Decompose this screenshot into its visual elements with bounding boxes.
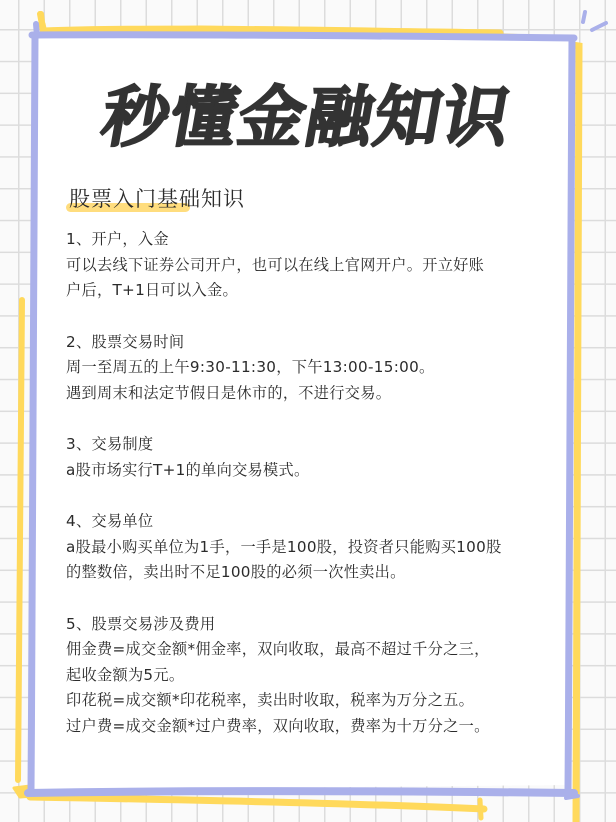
purple-frame-bottom bbox=[28, 791, 574, 793]
yellow-frame-left-stroke bbox=[18, 300, 22, 780]
section-text: a股市场实行T+1的单向交易模式。 bbox=[66, 458, 566, 484]
section-heading: 5、股票交易涉及费用 bbox=[66, 612, 566, 638]
yellow-frame-right-stroke bbox=[572, 45, 579, 822]
yellow-frame-bottom bbox=[30, 797, 484, 809]
yellow-frame-right-real bbox=[582, 46, 590, 820]
section-account-opening: 1、开户，入金 可以去线下证券公司开户，也可以在线上官网开户。开立好账 户后，T… bbox=[66, 227, 566, 304]
section-text: 可以去线下证券公司开户，也可以在线上官网开户。开立好账 bbox=[66, 253, 566, 279]
section-heading: 2、股票交易时间 bbox=[66, 330, 566, 356]
section-trading-hours: 2、股票交易时间 周一至周五的上午9:30-11:30，下午13:00-15:0… bbox=[66, 330, 566, 407]
yellow-frame-bottom-right-tick bbox=[480, 800, 481, 818]
section-heading: 1、开户，入金 bbox=[66, 227, 566, 253]
section-trading-fees: 5、股票交易涉及费用 佣金费=成交金额*佣金率，双向收取，最高不超过千分之三， … bbox=[66, 612, 566, 740]
section-text: 周一至周五的上午9:30-11:30，下午13:00-15:00。 bbox=[66, 355, 566, 381]
purple-frame-top bbox=[32, 35, 574, 38]
subtitle-block: 股票入门基础知识 bbox=[66, 184, 245, 218]
section-text: a股最小购买单位为1手，一手是100股，投资者只能购买100股 bbox=[66, 535, 566, 561]
page-title: 秒懂金融知识 bbox=[29, 80, 584, 156]
sparkle-mark-1 bbox=[583, 12, 585, 22]
content-body: 1、开户，入金 可以去线下证券公司开户，也可以在线上官网开户。开立好账 户后，T… bbox=[66, 227, 566, 765]
purple-frame-top-tick bbox=[36, 24, 37, 36]
purple-frame-bottom-right-tick bbox=[566, 796, 578, 798]
section-text: 过户费=成交金额*过户费率，双向收取，费率为十万分之一。 bbox=[66, 714, 566, 740]
yellow-frame-left bbox=[16, 230, 17, 780]
section-text: 遇到周末和法定节假日是休市的，不进行交易。 bbox=[66, 381, 566, 407]
section-text: 印花税=成交额*印花税率，卖出时收取，税率为万分之五。 bbox=[66, 688, 566, 714]
section-trading-unit: 4、交易单位 a股最小购买单位为1手，一手是100股，投资者只能购买100股 的… bbox=[66, 509, 566, 586]
subtitle: 股票入门基础知识 bbox=[66, 184, 245, 214]
yellow-frame-top-tick bbox=[41, 14, 43, 31]
section-text: 户后，T+1日可以入金。 bbox=[66, 278, 566, 304]
yellow-right-line bbox=[575, 45, 581, 820]
sparkle-mark-2 bbox=[592, 23, 606, 30]
yellow-frame-bottom-left-blob bbox=[14, 786, 33, 797]
yellow-frame-top bbox=[44, 29, 500, 33]
yellow-right bbox=[577, 45, 582, 800]
section-heading: 4、交易单位 bbox=[66, 509, 566, 535]
section-text: 的整数倍，卖出时不足100股的必须一次性卖出。 bbox=[66, 560, 566, 586]
section-text: 佣金费=成交金额*佣金率，双向收取，最高不超过千分之三， bbox=[66, 637, 566, 663]
section-trading-system: 3、交易制度 a股市场实行T+1的单向交易模式。 bbox=[66, 432, 566, 483]
section-heading: 3、交易制度 bbox=[66, 432, 566, 458]
section-text: 起收金额为5元。 bbox=[66, 663, 566, 689]
